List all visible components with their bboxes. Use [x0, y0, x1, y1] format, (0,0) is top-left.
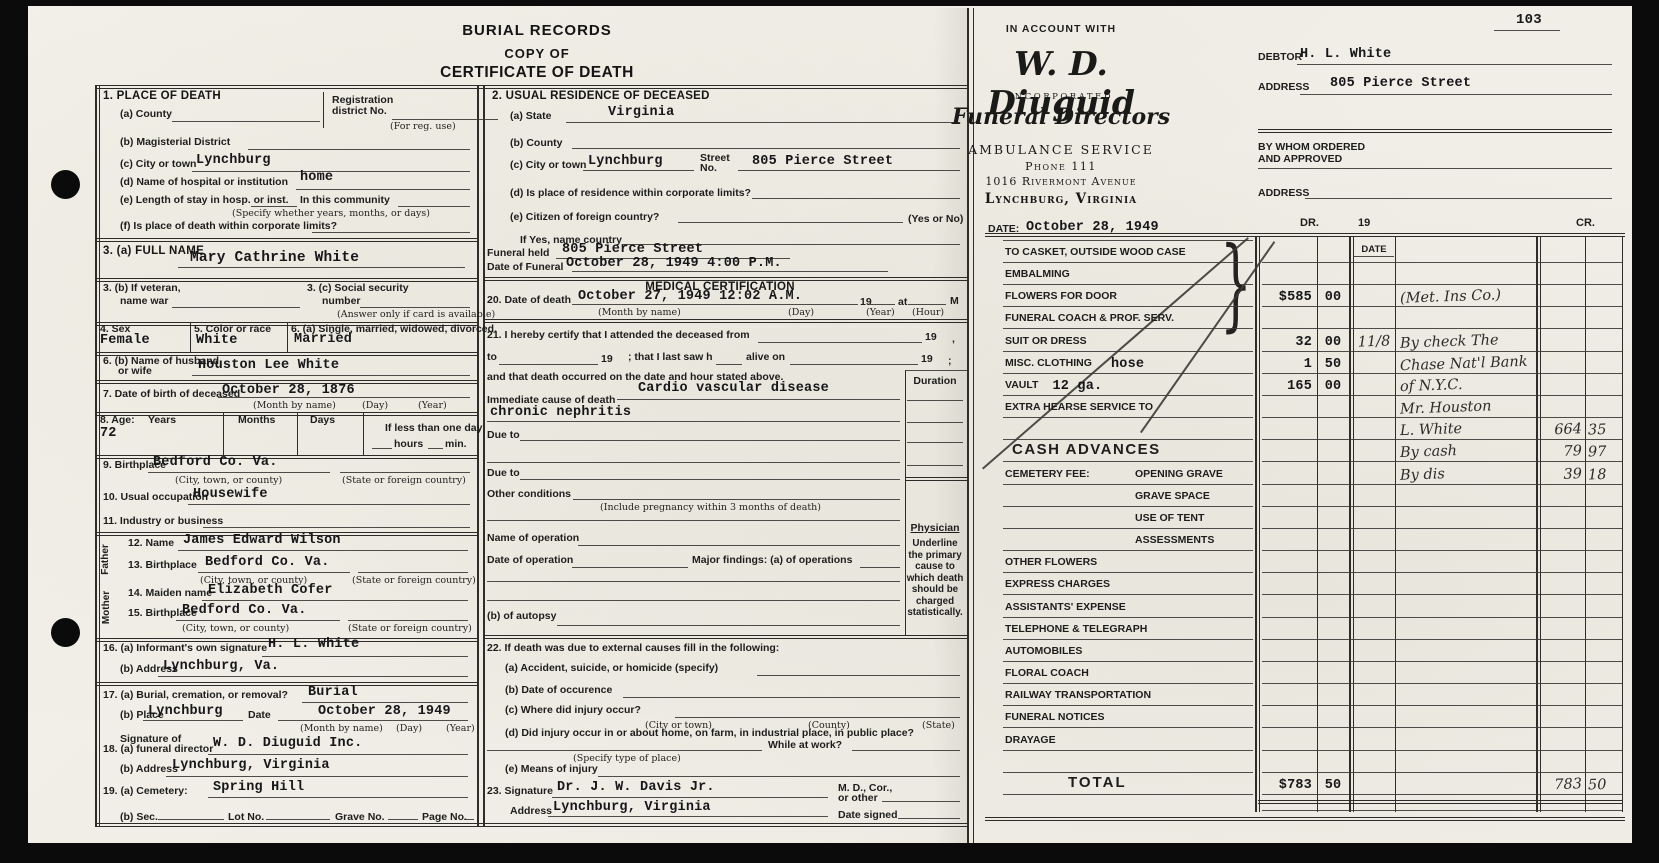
s22e-label: (e) Means of injury [505, 764, 598, 775]
s19b-line4 [464, 819, 474, 820]
s4-value: Female [100, 333, 150, 348]
s20-value: October 27, 1949 12:02 A.M. [578, 289, 802, 304]
s20-at: at [898, 297, 907, 308]
ledger-item-label: MISC. CLOTHING [1005, 358, 1092, 369]
form-bottom-border [95, 823, 968, 827]
s3c-note: (Answer only if card is available) [337, 309, 495, 320]
s21-comma: , [952, 334, 955, 345]
s2-street-label2: No. [700, 163, 717, 174]
s17a-value: Burial [308, 685, 358, 700]
s1-district-label: (b) Magisterial District [120, 137, 230, 148]
s17-note3: (Year) [446, 723, 475, 734]
s22d-line2 [852, 750, 960, 751]
s1-reg-divider [323, 92, 324, 128]
doc-title-line2: COPY OF [402, 46, 672, 61]
s3b-line [172, 307, 300, 308]
s16b-value: Lynchburg, Va. [163, 659, 279, 674]
m-sep-3 [483, 635, 967, 639]
s21-line2 [499, 364, 598, 365]
s20-line2 [870, 304, 895, 305]
ledger-address2-label: ADDRESS [1258, 188, 1309, 199]
ledger-date-entry: 11/8 [1354, 333, 1395, 350]
funeral-date-value: October 28, 1949 4:00 P.M. [566, 256, 782, 271]
ledger-dr-header: DR. [1300, 218, 1319, 229]
ledger-vrule-10 [1622, 236, 1623, 812]
s17a-label: 17. (a) Burial, cremation, or removal? [103, 690, 288, 701]
ledger-cr-cents: 35 [1588, 422, 1621, 439]
ledger-handwritten-note: Mr. Houston [1400, 399, 1492, 418]
ledger-grid-line [1262, 661, 1622, 662]
ledger-row-underline [1003, 284, 1253, 285]
ledger-item-label: EMBALMING [1005, 269, 1070, 280]
funeral-held-value: 805 Pierce Street [562, 242, 703, 257]
s22d-line1 [487, 750, 762, 751]
s2-street-line [738, 170, 960, 171]
ledger-dr-cents: 50 [1318, 778, 1348, 793]
s8-days-label: Days [310, 415, 335, 426]
opd-line [572, 567, 688, 568]
s3b-label2: name war [120, 296, 168, 307]
ledger-debtor-line [1297, 64, 1612, 65]
s6b-value: Houston Lee White [198, 358, 339, 373]
autopsy-label: (b) of autopsy [487, 611, 556, 622]
maj-line [860, 567, 900, 568]
s1-hospital-label: (d) Name of hospital or institution [120, 177, 288, 188]
ledger-item-label: RAILWAY TRANSPORTATION [1005, 690, 1151, 701]
ledger-vrule-9 [1585, 236, 1586, 812]
s22-heading: 22. If death was due to external causes … [487, 643, 779, 654]
s2-state-label: (a) State [510, 111, 551, 122]
s12-line [178, 550, 468, 551]
mother-side-label: Mother [101, 591, 112, 624]
ledger-row-underline [1003, 572, 1253, 573]
s2-limits-line [752, 198, 960, 199]
s9-line1 [148, 472, 330, 473]
punch-hole-top [51, 170, 80, 199]
ledger-vrule-2 [1259, 236, 1260, 812]
s22c-line [675, 717, 960, 718]
s22c-label: (c) Where did injury occur? [505, 705, 641, 716]
s3c-label2: number [322, 296, 361, 307]
s19a-value: Spring Hill [213, 780, 304, 795]
ledger-debtor-value: H. L. White [1300, 47, 1391, 62]
cause-line2 [487, 421, 900, 422]
s21-19a: 19 [925, 332, 937, 343]
s13-note2: (State or foreign country) [352, 575, 476, 586]
ledger-item-label: VAULT [1005, 380, 1038, 391]
blank-line4 [487, 600, 900, 601]
due1-label: Due to [487, 430, 520, 441]
s22e-line [598, 776, 960, 777]
ledger-row-underline [1003, 750, 1253, 751]
s1-reg-note: (For reg. use) [390, 121, 456, 132]
other-line [573, 499, 900, 500]
s7-line [218, 397, 470, 398]
s1-limits-label: (f) Is place of death within corporate l… [120, 221, 337, 232]
ledger-handwritten-note: By dis [1400, 466, 1445, 484]
s13-label: 13. Birthplace [128, 560, 197, 571]
ledger-handwritten-note: of N.Y.C. [1400, 377, 1463, 395]
s2-yesno-label: (Yes or No) [908, 214, 963, 225]
ledger-item-label: OTHER FLOWERS [1005, 557, 1097, 568]
s7-note1: (Month by name) [253, 400, 336, 411]
ledger-ordered-label1: BY WHOM ORDERED [1258, 142, 1365, 153]
maj-label: Major findings: (a) of operations [692, 555, 852, 566]
s18b-value: Lynchburg, Virginia [172, 758, 330, 773]
other-label: Other conditions [487, 489, 571, 500]
s20-note1: (Month by name) [598, 307, 681, 318]
s12-value: James Edward Wilson [183, 533, 341, 548]
ledger-cr-amount: 39 [1538, 466, 1583, 484]
ledger-row-underline [1003, 484, 1253, 485]
ledger-row-underline [1003, 328, 1253, 329]
s20-line3 [908, 304, 946, 305]
ledger-handwritten-note: L. White [1400, 421, 1463, 439]
sep-10 [95, 682, 477, 686]
s5-value: White [196, 333, 238, 348]
ledger-address-value: 805 Pierce Street [1330, 76, 1471, 91]
ledger-item-prefix: CEMETERY FEE: [1005, 469, 1090, 480]
ledger-dr-amount: 1 [1258, 357, 1312, 372]
ledger-item-label: ASSISTANTS' EXPENSE [1005, 602, 1126, 613]
scanned-burial-record: BURIAL RECORDS COPY OF CERTIFICATE OF DE… [0, 0, 1659, 863]
ledger-cr-cents: 97 [1588, 444, 1621, 461]
duration-box-top [905, 370, 967, 371]
s8-years-value: 72 [100, 426, 117, 441]
ledger-item-label: ASSESSMENTS [1135, 535, 1214, 546]
ledger-grid-line [1262, 727, 1622, 728]
column-divider-left [477, 85, 479, 827]
ledger-item-label: EXTRA HEARSE SERVICE TO [1005, 402, 1153, 413]
s19b-label: (b) Sec. [120, 812, 158, 823]
s8-min-line [428, 448, 443, 449]
s2-city-label: (c) City or town [510, 160, 586, 171]
due2-label: Due to [487, 468, 520, 479]
funeral-date-line [572, 271, 888, 272]
ledger-cr-cents: 50 [1588, 776, 1621, 793]
s21-line4 [790, 364, 918, 365]
s23-datesigned-label: Date signed [838, 810, 898, 821]
s22b-line [623, 697, 960, 698]
ledger-street: 1016 Rivermont Avenue [955, 175, 1167, 188]
s1-reg-label2: district No. [332, 106, 387, 117]
ledger-debtor-label: DEBTOR [1258, 52, 1302, 63]
s12-label: 12. Name [128, 538, 174, 549]
ledger-grid-line [1262, 750, 1622, 751]
ledger-phone: Phone 111 [955, 160, 1167, 173]
ledger-grid-line [1262, 328, 1622, 329]
s8-label: 8. Age: [100, 415, 135, 426]
s22d-label: (d) Did injury occur in or about home, o… [505, 728, 914, 739]
s19-grave-label: Grave No. [335, 812, 385, 823]
ledger-page-line [1494, 30, 1560, 31]
ledger-grid-line [1262, 439, 1622, 440]
s9-line2 [340, 472, 470, 473]
s3c-label: 3. (c) Social security [307, 283, 409, 294]
funeral-held-label: Funeral held [487, 248, 549, 259]
ledger-item-label: CASH ADVANCES [1012, 444, 1161, 455]
ledger-dr-cents: 50 [1318, 357, 1348, 372]
ledger-cr-amount: 783 [1538, 776, 1583, 794]
ledger-handwritten-note: Chase Nat'l Bank [1400, 354, 1528, 374]
s17b-line2 [278, 720, 468, 721]
s11-line [203, 527, 470, 528]
ledger-item-label: GRAVE SPACE [1135, 491, 1210, 502]
ledger-dr-amount: $783 [1258, 778, 1312, 793]
s21-label: 21. I hereby certify that I attended the… [487, 330, 750, 341]
ledger-row-underline [1003, 506, 1253, 507]
s7-label: 7. Date of birth of deceased [103, 389, 240, 400]
funeral-date-label: Date of Funeral [487, 262, 563, 273]
ledger-firm-sub: Funeral Directors [940, 104, 1182, 130]
physician-note: Underline the primary cause to which dea… [905, 538, 965, 619]
ledger-year-header: 19 [1358, 218, 1370, 229]
s20-note4: (Hour) [912, 307, 944, 318]
ledger-dr-cents: 00 [1318, 290, 1348, 305]
s23-addr-value: Lynchburg, Virginia [553, 800, 711, 815]
ledger-bottom-rule [985, 817, 1625, 821]
s19-lot-label: Lot No. [228, 812, 264, 823]
op-line [578, 545, 900, 546]
s20-note2: (Day) [788, 307, 814, 318]
s4-divider1 [190, 322, 191, 352]
s8-years-label: Years [148, 415, 176, 426]
ledger-grid-line [1262, 639, 1622, 640]
s13-line2 [358, 572, 468, 573]
s8-months-label: Months [238, 415, 275, 426]
s3a-value: Mary Cathrine White [190, 250, 359, 266]
s2-state-value: Virginia [608, 105, 674, 120]
ledger-cr-amount: 664 [1538, 422, 1583, 440]
s21-saw: ; that I last saw h [628, 352, 713, 363]
s8-divider3 [363, 412, 364, 455]
ledger-row-underline [1003, 528, 1253, 529]
s16a-label: 16. (a) Informant's own signature [103, 643, 267, 654]
s15-line1 [176, 620, 340, 621]
sep-1 [95, 238, 477, 242]
ledger-date-value: October 28, 1949 [1026, 220, 1159, 235]
ledger-ordered-label2: AND APPROVED [1258, 154, 1342, 165]
s7-note2: (Day) [362, 400, 388, 411]
ledger-row-underline [1003, 661, 1253, 662]
ledger-grid-line [1262, 772, 1622, 773]
s1-hospital-line [296, 189, 470, 190]
ledger-dr-amount: 32 [1258, 335, 1312, 350]
ledger-grid-line [1262, 705, 1622, 706]
father-side-label: Father [100, 544, 111, 575]
ledger-item-label: SUIT OR DRESS [1005, 336, 1087, 347]
s8-hours-line [372, 448, 392, 449]
s17a-line [302, 702, 468, 703]
duration-line1 [907, 400, 963, 401]
s10-line [188, 504, 470, 505]
s2-city-line [583, 170, 694, 171]
ledger-page-number: 103 [1516, 12, 1542, 28]
s23-md2-label: or other [838, 793, 878, 804]
s1-limits-line [312, 232, 470, 233]
s7-note3: (Year) [418, 400, 447, 411]
ledger-grid-line [1262, 306, 1622, 307]
ledger-item-typed-entry: hose [1111, 357, 1144, 372]
s17-date-label: Date [248, 710, 271, 721]
s16b-line [158, 676, 468, 677]
s1-stay-line2 [398, 206, 470, 207]
ledger-grid-line [1262, 351, 1622, 352]
ledger-ordered-line [1258, 168, 1612, 169]
s11-label: 11. Industry or business [103, 516, 223, 527]
ledger-row-underline [1003, 395, 1253, 396]
ledger-row-underline [1003, 727, 1253, 728]
ledger-row-underline [1003, 639, 1253, 640]
paper-sheet: BURIAL RECORDS COPY OF CERTIFICATE OF DE… [28, 6, 1632, 843]
due2-line [520, 479, 900, 480]
ledger-vrule-1 [1255, 236, 1257, 812]
s16a-value: H. L. White [268, 637, 359, 652]
s20-m: M [950, 296, 959, 307]
s9-note1: (City, town, or county) [175, 475, 282, 486]
ledger-cr-header: CR. [1576, 218, 1595, 229]
s20-label: 20. Date of death [487, 295, 571, 306]
s1-reg-line [392, 119, 498, 120]
s23-line [552, 797, 828, 798]
physician-label: Physician [905, 523, 965, 534]
ledger-item-label: FLORAL COACH [1005, 668, 1089, 679]
s21-to: to [487, 352, 497, 363]
s15-value: Bedford Co. Va. [182, 603, 307, 618]
s15-note2: (State or foreign country) [348, 623, 472, 634]
ledger-row-underline [1003, 262, 1253, 263]
s17-note2: (Day) [396, 723, 422, 734]
ledger-row-underline [1003, 794, 1253, 795]
s22-note3: (State) [922, 720, 955, 731]
ledger-handwritten-note: By cash [1400, 443, 1458, 461]
other-note: (Include pregnancy within 3 months of de… [600, 502, 821, 513]
cause-value: Cardio vascular disease [638, 381, 829, 396]
ledger-row-underline [1003, 594, 1253, 595]
ledger-grid-line [1262, 617, 1622, 618]
ledger-row-underline [1003, 306, 1253, 307]
duration-line4 [907, 465, 963, 466]
ledger-grid-line [1262, 683, 1622, 684]
ledger-item-label: TOTAL [1068, 777, 1127, 788]
ledger-dr-cents: 00 [1318, 335, 1348, 350]
ledger-row-underline [1003, 772, 1253, 773]
s16a-line [262, 656, 468, 657]
form-top-border [95, 85, 968, 89]
page-binding-rule1 [967, 8, 969, 843]
ledger-item-label: FUNERAL COACH & PROF. SERV. [1005, 313, 1174, 324]
ledger-dr-amount: $585 [1258, 290, 1312, 305]
ledger-item-label: TELEPHONE & TELEGRAPH [1005, 624, 1147, 635]
s8-divider1 [223, 412, 224, 455]
s20-line [572, 304, 858, 305]
s1-stay-label: (e) Length of stay in hosp. or inst. [120, 195, 289, 206]
ledger-total-rule [1258, 800, 1622, 804]
page-binding-rule2 [973, 8, 974, 843]
opd-label: Date of operation [487, 555, 573, 566]
s23-addr-line [548, 816, 828, 817]
s10-value: Housewife [193, 487, 268, 502]
ledger-grid-line [1262, 550, 1622, 551]
ledger-row-underline [1003, 351, 1253, 352]
s3a-line [178, 267, 465, 268]
ledger-grid-line [1262, 417, 1622, 418]
s6b-label2: or wife [118, 366, 152, 377]
s8-min-label: min. [445, 439, 467, 450]
s18b-label: (b) Address [120, 764, 178, 775]
duration-line2 [907, 422, 963, 423]
s21-line1 [758, 342, 922, 343]
s1-hospital-value: home [300, 170, 333, 185]
s1-county-label: (a) County [120, 109, 172, 120]
s2-citizen-line [678, 222, 903, 223]
s17-note1: (Month by name) [300, 723, 383, 734]
s2-city-value: Lynchburg [588, 154, 663, 169]
s4-divider2 [287, 322, 288, 352]
op-label: Name of operation [487, 533, 579, 544]
ledger-item-label: OPENING GRAVE [1135, 469, 1223, 480]
s1-stay-line1 [251, 206, 297, 207]
column-divider-right [483, 85, 485, 827]
s21-semi: ; [948, 356, 952, 367]
s1-heading: 1. PLACE OF DEATH [103, 90, 221, 102]
ledger-row-underline [1003, 705, 1253, 706]
s1-city-value: Lynchburg [196, 153, 271, 168]
due1-line [520, 440, 900, 441]
s18a-line [208, 754, 468, 755]
s13-value: Bedford Co. Va. [205, 555, 330, 570]
ledger-extra-grid-line [1262, 810, 1622, 811]
s21-alive: alive on [746, 352, 785, 363]
ledger-vrule-4 [1349, 236, 1351, 812]
physician-box-top [905, 477, 967, 481]
ledger-grid-line [1262, 506, 1622, 507]
ledger-row-underline [1003, 683, 1253, 684]
ledger-address-line [1300, 94, 1612, 95]
s22a-line [757, 675, 960, 676]
ledger-grid-line [1262, 794, 1622, 795]
s18b-line [166, 776, 468, 777]
ledger-item-label: USE OF TENT [1135, 513, 1204, 524]
s20-note3: (Year) [866, 307, 895, 318]
s2-citizen-label: (e) Citizen of foreign country? [510, 212, 659, 223]
s21-line3 [716, 364, 742, 365]
ledger-grid-line [1262, 373, 1622, 374]
s17b-line1 [143, 720, 243, 721]
ledger-item-label: DRAYAGE [1005, 735, 1056, 746]
ledger-vrule-3 [1317, 236, 1318, 812]
cause-line [617, 399, 900, 400]
s2-state-line [566, 122, 960, 123]
s2-limits-label: (d) Is place of residence within corpora… [510, 188, 751, 199]
ledger-handwritten-note: (Met. Ins Co.) [1400, 288, 1502, 308]
ledger-grid-line [1262, 528, 1622, 529]
s3b-label: 3. (b) If veteran, [103, 283, 181, 294]
m-sep-2 [483, 319, 967, 323]
ledger-cr-cents: 18 [1588, 466, 1621, 483]
doc-title-line3: CERTIFICATE OF DEATH [402, 64, 672, 82]
s2-heading: 2. USUAL RESIDENCE OF DECEASED [492, 90, 710, 102]
s21-19c: 19 [921, 354, 933, 365]
s17b-value: Lynchburg [148, 704, 223, 719]
s19b-line1 [158, 819, 224, 820]
s1-district-line [248, 149, 470, 150]
s9-note2: (State or foreign country) [342, 475, 466, 486]
s19-page-label: Page No. [422, 812, 467, 823]
s2-county-line [572, 148, 960, 149]
s8-divider2 [297, 412, 298, 455]
duration-line3 [907, 442, 963, 443]
